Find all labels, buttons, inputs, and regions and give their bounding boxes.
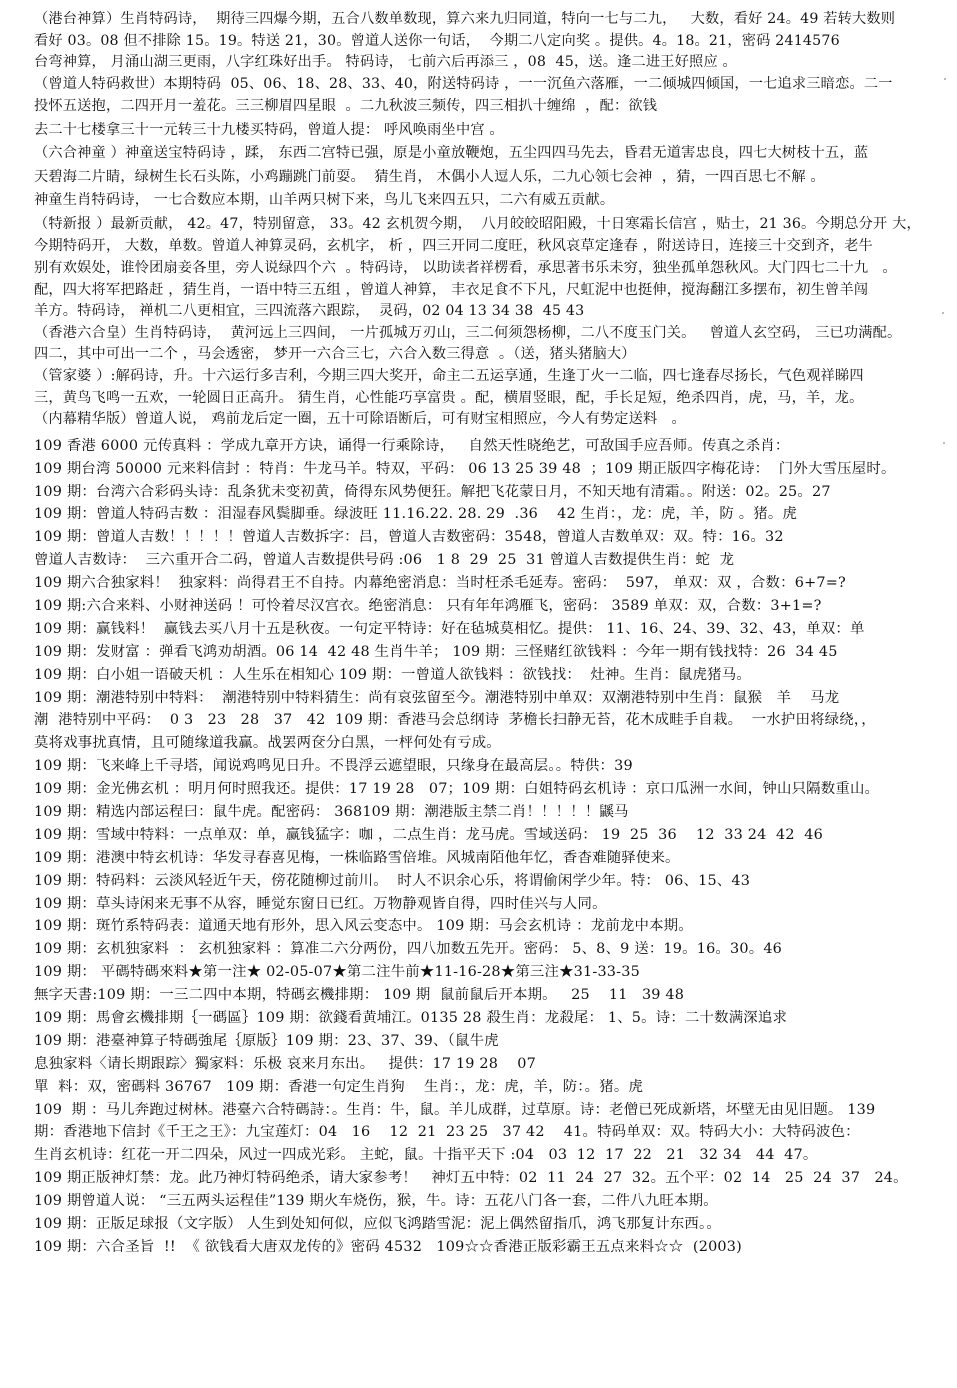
text-line: 109 期正版神灯禁：龙。此乃神灯特码绝杀，请大家参考！ 神灯五中特：02 11… [34, 1167, 949, 1190]
text-line: 去二十七楼拿三十一元转三十九楼买特码，曾道人提： 呼风唤雨坐中宫 。 [34, 119, 949, 143]
text-line: （管家婆 ）:解码诗，升。十六运行多吉利，今期三四大奖开，命主二五运享通，生逢丁… [34, 366, 949, 388]
text-line: 三，黄鸟飞鸣一五欢，一轮圆日正高升。 猜生肖，心性能巧享富贵 。配，横眉竖眼，配… [34, 388, 949, 410]
scanned-document-page: （港台神算）生肖特码诗， 期待三四爆今期，五合八数单数现，算六来九归同道，特向一… [34, 0, 949, 1259]
section-issue-109-listings: 109 香港 6000 元传真料 ：学成九章开方诀，诵得一行乘除诗， 自然天性晓… [34, 435, 949, 1259]
text-line: 神童生肖特码诗， 一七合数应本期，山羊两只树下来，鸟儿飞来四五只，二六有威五贡献… [34, 189, 949, 213]
text-line: （特新报 ）最新贡献， 42。47，特别留意， 33。42 玄机贺今期， 八月皎… [34, 213, 949, 237]
text-line: 109 期六合独家料！ 独家料：尚得君王不自持。内幕绝密消息：当时枉杀毛延寿。密… [34, 572, 949, 595]
text-line: 109 期：发财富 ：弹看飞鸿劝胡酒。06 14 42 48 生肖牛羊； 109… [34, 641, 949, 664]
text-line: 四二，其中可出一二个 ，马会透密， 梦开一六合三七，六合入数三得意 。（送，猪头… [34, 344, 949, 366]
text-line: 投怀五送抱，二四开月一羞花。三三柳眉四星眼 。二九秋波三频传，四三相扒十缠绵 ，… [34, 95, 949, 119]
text-line: 109 期曾道人说： “三五两头运程佳”139 期火车烧伤，猴，牛。诗：五花八门… [34, 1190, 949, 1213]
text-line: 109 期：精选内部运程曰：鼠牛虎。配密码： 368109 期：潮港版主禁二肖！… [34, 801, 949, 824]
text-line: 109 期：特码料：云淡风轻近午天，傍花随柳过前川。 时人不识余心乐，将谓偷闲学… [34, 870, 949, 893]
text-line: 台弯神算， 月涌山湖三更雨，八字红珠好出手。 特码诗， 七前六后再添三 ，08 … [34, 52, 949, 74]
text-line: 潮 港特别中平码： 0 3 23 28 37 42 109 期：香港马会总纲诗 … [34, 709, 949, 732]
text-line: 109 期：台湾六合彩码头诗：乱条犹未变初黄，倚得东风势便狂。解把飞花蒙日月，不… [34, 481, 949, 504]
scan-speck [943, 442, 945, 444]
text-line: 今期特码开， 大数，单数。曾道人神算灵码，玄机字， 析 ，四三开同二度旺，秋风哀… [34, 236, 949, 258]
text-line: 單 料：双，密碼料 36767 109 期：香港一句定生肖狗 生肖：，龙：虎，羊… [34, 1076, 949, 1099]
text-line: 109 期 ：马儿奔跑过树林。港臺六合特碼詩：。生肖：牛，鼠。羊儿成群，过草原。… [34, 1099, 949, 1122]
text-line: 109 期：赢钱料！ 赢钱去买八月十五是秋夜。一句定平特诗：好在毡城莫相忆。提供… [34, 618, 949, 641]
text-line: 曾道人吉数诗： 三六重开合二码，曾道人吉数提供号码 :06 1 8 29 25 … [34, 549, 949, 572]
scan-speck [942, 312, 944, 314]
text-line: 别有欢娱处，谁怜团扇妾各里，旁人说绿四个六 。特码诗， 以助读者祥楞看，承思著书… [34, 258, 949, 280]
text-line: （香港六合皇）生肖特码诗， 黄河远上三四间， 一片孤城万刃山，三二何须怨杨柳，二… [34, 323, 949, 345]
text-line: 109 期:六合来料、小财神送码 ！可怜着尽汉宫衣。绝密消息： 只有年年鸿雁飞，… [34, 595, 949, 618]
text-line: 109 期：曾道人吉数！！！！！曾道人吉数拆字：吕，曾道人吉数密码：3548，曾… [34, 526, 949, 549]
text-line: 109 期：白小姐一语破天机 ：人生乐在相知心 109 期：一曾道人欲钱料 ：欲… [34, 664, 949, 687]
text-line: 109 香港 6000 元传真料 ：学成九章开方诀，诵得一行乘除诗， 自然天性晓… [34, 435, 949, 458]
text-line: 109 期：六合圣旨 !! 《 欲钱看大唐双龙传的》密码 4532 109☆☆香… [34, 1236, 949, 1259]
text-line: 109 期台湾 50000 元来料信封 ：特肖：牛龙马羊。特双，平码： 06 1… [34, 458, 949, 481]
text-line: 109 期：玄机独家料 ： 玄机独家料 ：算准二六分两份，四八加数五先开。密码：… [34, 938, 949, 961]
text-line: （内幕精华版）曾道人说， 鸡前龙后定一圈，五十可除语断后，可有财宝相照应，今人有… [34, 409, 949, 431]
text-line: 配，四大将军把路赶 ，猜生肖，一语中特三五组 ，曾道人神算， 丰衣足食不下凡，尺… [34, 280, 949, 302]
text-line: 109 期：飞来峰上千寻塔，闻说鸡鸣见日升。不畏浮云遮望眼，只缘身在最高层。。特… [34, 755, 949, 778]
text-line: 莫将戏事扰真情，且可随缘道我赢。战罢两奁分白黑，一枰何处有亏成。 [34, 732, 949, 755]
text-line: 109 期：曾道人特码吉数 ：泪湿春风鬓脚垂。绿波旺 11.16.22. 28.… [34, 503, 949, 526]
text-line: 生肖玄机诗：红花一开二四朵，风过一四成光彩。 主蛇，鼠。十指平天下 :04 03… [34, 1144, 949, 1167]
text-line: （港台神算）生肖特码诗， 期待三四爆今期，五合八数单数现，算六来九归同道，特向一… [34, 9, 949, 31]
text-line: 看好 03。08 但不排除 15。19。特送 21，30。曾道人送你一句话， 今… [34, 31, 949, 53]
text-line: 109 期：草头诗闲来无事不从容，睡觉东窗日已红。万物静观皆自得，四时佳兴与人同… [34, 893, 949, 916]
text-line: 天碧海二片睛，绿树生长石头陈，小鸡蹦跳门前耍。 猜生肖， 木偶小人逗人乐，二九心… [34, 166, 949, 190]
text-line: 109 期：馬會玄機排期｛一碼區｝109 期：欲錢看黄埔江。0135 28 殺生… [34, 1007, 949, 1030]
text-line: 109 期：正版足球报（文字版） 人生到处知何似，应似飞鸿踏雪泥：泥上偶然留指爪… [34, 1213, 949, 1236]
text-line: 109 期： 平碼特碼來料★第一注★ 02-05-07★第二注牛前★11-16-… [34, 961, 949, 984]
text-line: 109 期：港澳中特玄机诗：华发寻春喜见梅，一株临路雪倍堆。风城南陌他年忆，香杳… [34, 847, 949, 870]
scan-speck [944, 78, 946, 80]
text-line: 109 期：港臺神算子特碼強尾｛原版｝109 期：23、37、39、（鼠牛虎 [34, 1030, 949, 1053]
text-line: 無字天書:109 期：一三二四中本期，特碼玄機排期： 109 期 鼠前鼠后开本期… [34, 984, 949, 1007]
text-line: 期：香港地下信封《千王之王》：九宝莲灯：04 16 12 21 23 25 37… [34, 1121, 949, 1144]
text-line: 羊方。特码诗， 禅机二八更相宜，三四流落六跟踪， 灵码，02 04 13 34 … [34, 301, 949, 323]
text-line: 109 期：潮港特别中特料： 潮港特别中特料猜生：尚有哀弦留至今。潮港特别中单双… [34, 687, 949, 710]
text-line: 息独家料〈请长期跟踪〉獨家料：乐极 哀来月东出。 提供：17 19 28 07 [34, 1053, 949, 1076]
text-line: （六合神童 ）神童送宝特码诗 ，蹂， 东西二宫特已强，原是小童放鞭炮，五尘四四马… [34, 142, 949, 166]
text-line: （曾道人特码救世）本期特码 05、06、18、28、33、40，附送特码诗 ，一… [34, 74, 949, 96]
text-line: 109 期：金光佛玄机 ：明月何时照我还。提供：17 19 28 07；109 … [34, 778, 949, 801]
text-line: 109 期：雪域中特料：一点单双：单，赢钱猛字：咖 ，二点生肖：龙马虎。雪域送码… [34, 824, 949, 847]
section-predictions-verse: （港台神算）生肖特码诗， 期待三四爆今期，五合八数单数现，算六来九归同道，特向一… [34, 0, 949, 431]
text-line: 109 期：斑竹系特码表：道通天地有形外，思入风云变态中。 109 期：马会玄机… [34, 915, 949, 938]
